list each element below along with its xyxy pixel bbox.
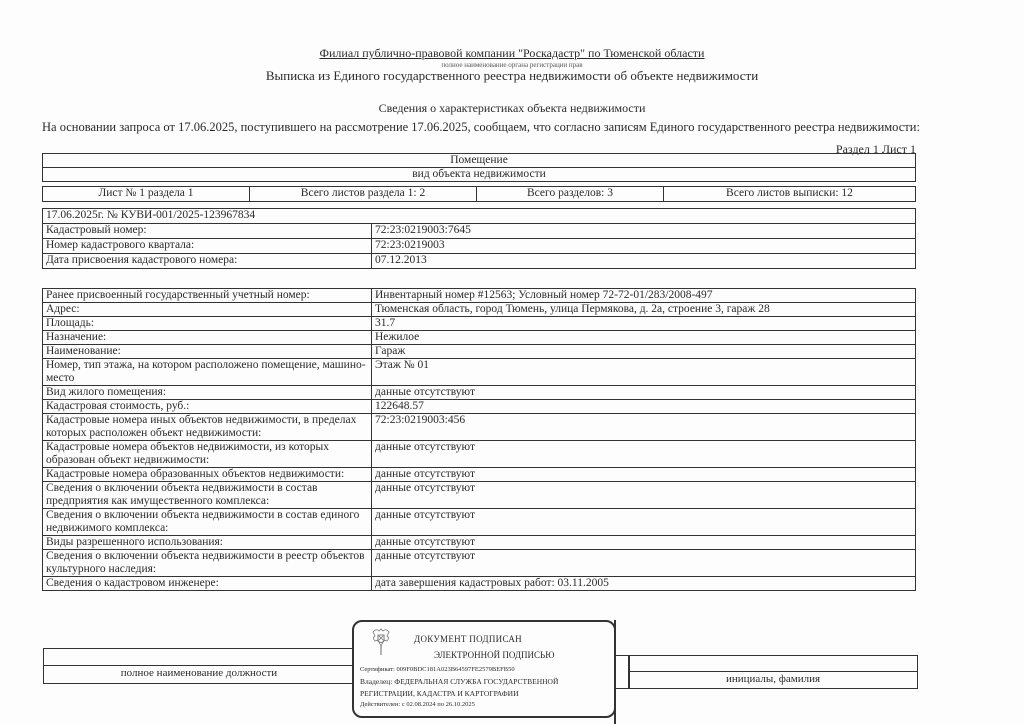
- row-label: Наименование:: [43, 345, 372, 359]
- row-value: 72:23:0219003:456: [372, 414, 916, 441]
- coat-of-arms-icon: [370, 626, 392, 656]
- row-value: 72:23:0219003:7645: [372, 224, 916, 239]
- electronic-signature-stamp: ДОКУМЕНТ ПОДПИСАН ЭЛЕКТРОННОЙ ПОДПИСЬЮ С…: [352, 620, 616, 718]
- row-value: Этаж № 01: [372, 359, 916, 386]
- row-value: Нежилое: [372, 331, 916, 345]
- pages-table: Лист № 1 раздела 1 Всего листов раздела …: [42, 186, 916, 202]
- position-signature-field: полное наименование должности: [43, 648, 354, 684]
- row-label: Ранее присвоенный государственный учетны…: [43, 289, 372, 303]
- total-sections: Всего разделов: 3: [477, 187, 664, 202]
- characteristic-row: Вид жилого помещения:данные отсутствуют: [43, 386, 916, 400]
- row-value: дата завершения кадастровых работ: 03.11…: [372, 577, 916, 591]
- name-caption: инициалы, фамилия: [629, 673, 917, 685]
- row-value: 122648.57: [372, 400, 916, 414]
- row-label: Сведения о включении объекта недвижимост…: [43, 482, 372, 509]
- characteristic-row: Сведения о кадастровом инженере:дата зав…: [43, 577, 916, 591]
- row-value: данные отсутствуют: [372, 441, 916, 468]
- row-label: Вид жилого помещения:: [43, 386, 372, 400]
- row-value: данные отсутствуют: [372, 509, 916, 536]
- stamp-owner: Владелец: ФЕДЕРАЛЬНАЯ СЛУЖБА ГОСУДАРСТВЕ…: [360, 677, 558, 686]
- sheets-in-section: Всего листов раздела 1: 2: [250, 187, 477, 202]
- document-title: Выписка из Единого государственного реес…: [0, 68, 1024, 84]
- object-kind-table: Помещение вид объекта недвижимости: [42, 153, 916, 182]
- row-label: Кадастровые номера образованных объектов…: [43, 468, 372, 482]
- row-value: 07.12.2013: [372, 254, 916, 269]
- identification-row: Номер кадастрового квартала:72:23:021900…: [43, 239, 916, 254]
- identification-row: Кадастровый номер:72:23:0219003:7645: [43, 224, 916, 239]
- row-label: Кадастровые номера объектов недвижимости…: [43, 441, 372, 468]
- row-label: Кадастровый номер:: [43, 224, 372, 239]
- object-kind-value: Помещение: [43, 154, 916, 168]
- row-label: Номер, тип этажа, на котором расположено…: [43, 359, 372, 386]
- row-label: Кадастровая стоимость, руб.:: [43, 400, 372, 414]
- row-value: данные отсутствуют: [372, 550, 916, 577]
- characteristic-row: Кадастровые номера образованных объектов…: [43, 468, 916, 482]
- identification-row: Дата присвоения кадастрового номера:07.1…: [43, 254, 916, 269]
- row-label: Сведения о включении объекта недвижимост…: [43, 550, 372, 577]
- characteristic-row: Адрес:Тюменская область, город Тюмень, у…: [43, 303, 916, 317]
- row-label: Кадастровые номера иных объектов недвижи…: [43, 414, 372, 441]
- position-caption: полное наименование должности: [44, 667, 354, 679]
- row-value: Тюменская область, город Тюмень, улица П…: [372, 303, 916, 317]
- identification-table: 17.06.2025г. № КУВИ-001/2025-123967834 К…: [42, 208, 916, 269]
- organization-name-text: Филиал публично-правовой компании "Роска…: [320, 46, 705, 60]
- characteristic-row: Площадь:31.7: [43, 317, 916, 331]
- characteristic-row: Кадастровые номера объектов недвижимости…: [43, 441, 916, 468]
- row-value: Инвентарный номер #12563; Условный номер…: [372, 289, 916, 303]
- row-label: Виды разрешенного использования:: [43, 536, 372, 550]
- stamp-line-1: ДОКУМЕНТ ПОДПИСАН: [414, 634, 522, 644]
- characteristic-row: Сведения о включении объекта недвижимост…: [43, 482, 916, 509]
- row-label: Номер кадастрового квартала:: [43, 239, 372, 254]
- section-title: Сведения о характеристиках объекта недви…: [0, 101, 1024, 116]
- sheet-number: Лист № 1 раздела 1: [43, 187, 250, 202]
- request-number: 17.06.2025г. № КУВИ-001/2025-123967834: [43, 209, 916, 224]
- characteristic-row: Наименование:Гараж: [43, 345, 916, 359]
- characteristic-row: Сведения о включении объекта недвижимост…: [43, 550, 916, 577]
- characteristic-row: Сведения о включении объекта недвижимост…: [43, 509, 916, 536]
- stamp-line-2: ЭЛЕКТРОННОЙ ПОДПИСЬЮ: [434, 650, 554, 660]
- row-value: 72:23:0219003: [372, 239, 916, 254]
- name-signature-field: инициалы, фамилия: [628, 655, 918, 689]
- row-value: данные отсутствуют: [372, 386, 916, 400]
- stamp-owner-cont: РЕГИСТРАЦИИ, КАДАСТРА И КАРТОГРАФИИ: [360, 689, 519, 698]
- characteristic-row: Кадастровая стоимость, руб.:122648.57: [43, 400, 916, 414]
- row-value: данные отсутствуют: [372, 482, 916, 509]
- characteristic-row: Номер, тип этажа, на котором расположено…: [43, 359, 916, 386]
- stamp-certificate: Сертификат: 009F0BDC181A023B64597FE2579B…: [360, 666, 515, 673]
- characteristics-table: Ранее присвоенный государственный учетны…: [42, 288, 916, 591]
- total-sheets: Всего листов выписки: 12: [664, 187, 916, 202]
- characteristic-row: Виды разрешенного использования:данные о…: [43, 536, 916, 550]
- organization-name: Филиал публично-правовой компании "Роска…: [0, 46, 1024, 61]
- intro-text: На основании запроса от 17.06.2025, пост…: [42, 120, 920, 135]
- characteristic-row: Назначение:Нежилое: [43, 331, 916, 345]
- object-kind-caption: вид объекта недвижимости: [43, 168, 916, 182]
- row-label: Сведения о кадастровом инженере:: [43, 577, 372, 591]
- row-value: 31.7: [372, 317, 916, 331]
- row-label: Сведения о включении объекта недвижимост…: [43, 509, 372, 536]
- row-label: Дата присвоения кадастрового номера:: [43, 254, 372, 269]
- row-label: Назначение:: [43, 331, 372, 345]
- row-value: данные отсутствуют: [372, 468, 916, 482]
- stamp-validity: Действителен: с 02.08.2024 по 26.10.2025: [360, 701, 475, 708]
- characteristic-row: Ранее присвоенный государственный учетны…: [43, 289, 916, 303]
- row-label: Площадь:: [43, 317, 372, 331]
- row-value: Гараж: [372, 345, 916, 359]
- characteristic-row: Кадастровые номера иных объектов недвижи…: [43, 414, 916, 441]
- row-value: данные отсутствуют: [372, 536, 916, 550]
- row-label: Адрес:: [43, 303, 372, 317]
